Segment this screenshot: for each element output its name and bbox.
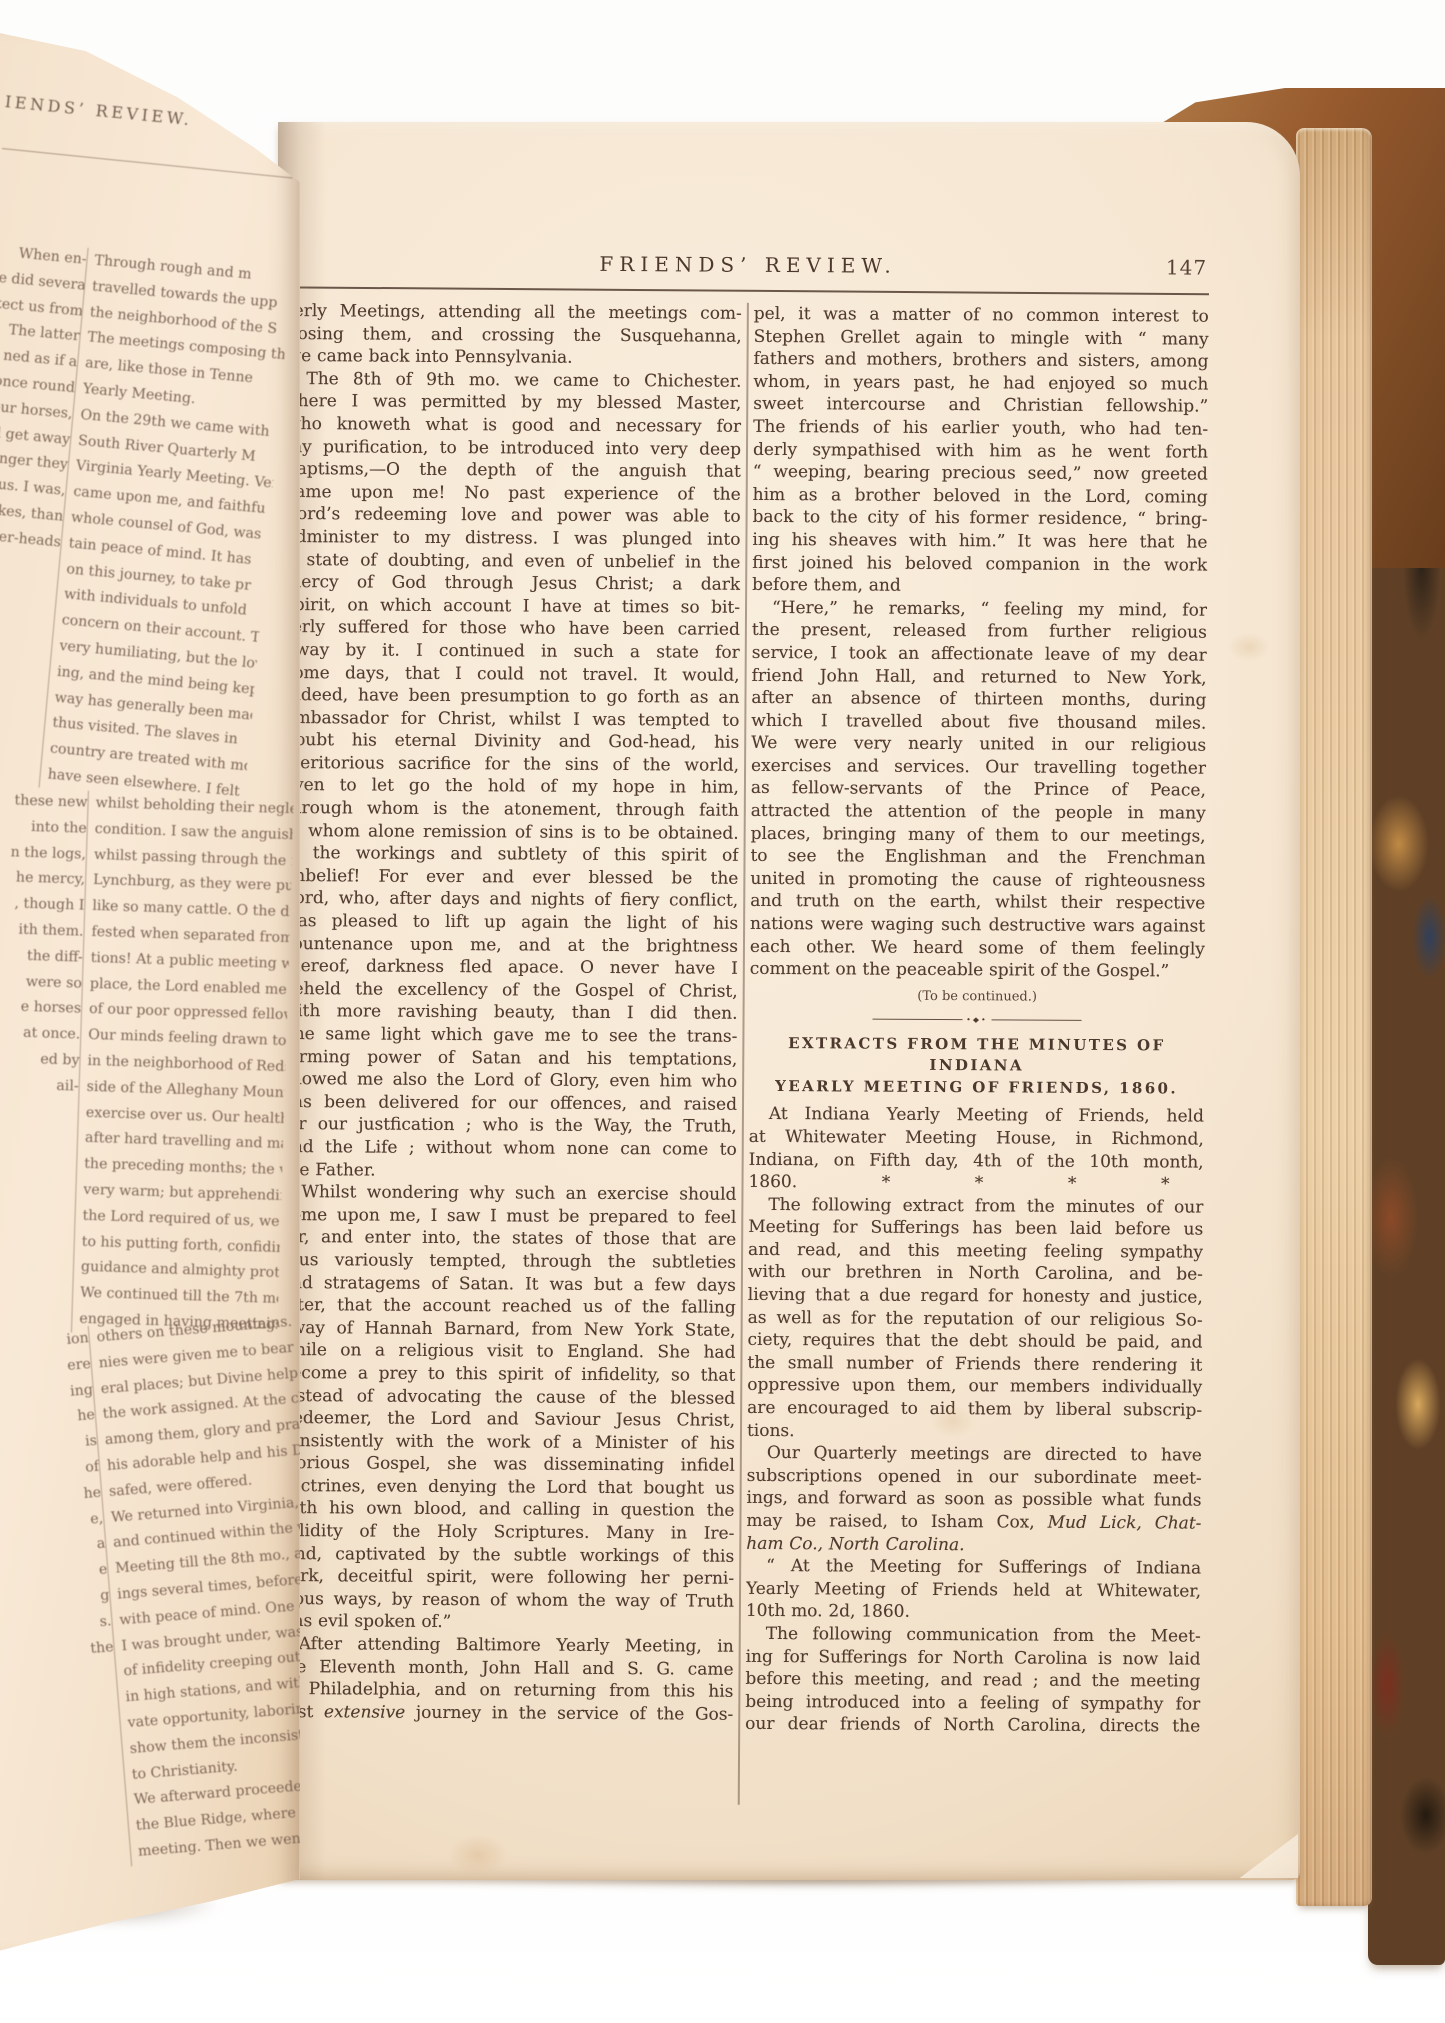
text-line: The following extract from the minutes o… (748, 1194, 1203, 1219)
text-line: as fellow-servants of the Prince of Peac… (751, 777, 1206, 802)
text-line: lieving that a due regard for honesty an… (748, 1284, 1203, 1309)
prev-text-line: at once. (0, 1020, 81, 1048)
right-column: pel, it was a matter of no common intere… (745, 303, 1209, 1808)
foxing-spot (1228, 632, 1270, 662)
text-line: The same light which gave me to see the … (282, 1023, 737, 1048)
text-line: administer to my distress. I was plunged… (285, 526, 740, 551)
text-line: posing them, and crossing the Susquehann… (287, 323, 742, 348)
text-line: “ At the Meeting for Sufferings of India… (746, 1555, 1201, 1580)
text-line: thereof, darkness fled apace. O never ha… (283, 955, 738, 980)
text-line: and stratagems of Satan. It was but a fe… (281, 1272, 736, 1297)
text-line: for, and enter into, the states of those… (281, 1226, 736, 1251)
book-photo: FRIENDS’ REVIEW. 147 terly Meetings, att… (0, 0, 1445, 2023)
text-line: showed me also the Lord of Glory, even h… (282, 1068, 737, 1093)
text-line: whom, in years past, he had enjoyed so m… (753, 371, 1208, 396)
text-line: meritorious sacrifice for the sins of th… (284, 752, 739, 777)
text-line: land, captivated by the subtle workings … (279, 1543, 734, 1568)
section-heading-line: YEARLY MEETING OF FRIENDS, 1860. (749, 1076, 1204, 1100)
text-line: after an absence of thirteen months, dur… (751, 687, 1206, 712)
text-line: validity of the Holy Scriptures. Many in… (279, 1520, 734, 1545)
text-line: even to let go the hold of my hope in hi… (284, 774, 739, 799)
text-line: came upon me! No past experience of the (286, 481, 741, 506)
text-line: first extensive journey in the service o… (278, 1701, 733, 1726)
text-line: derly sympathised with him as he went fo… (753, 438, 1208, 463)
prev-text-line: , though I (0, 891, 85, 919)
text-line: The 8th of 9th mo. we came to Chichester… (286, 368, 741, 393)
text-line: doctrines, even denying the Lord that bo… (280, 1475, 735, 1500)
text-line: places, bringing many of them to our mee… (751, 822, 1206, 847)
text-line: may be raised, to Isham Cox, Mud Lick, C… (746, 1510, 1201, 1535)
text-line: who knoweth what is good and necessary f… (286, 413, 741, 438)
text-line: as well as for the reputation of our rel… (748, 1306, 1203, 1331)
text-columns: terly Meetings, attending all the meetin… (278, 300, 1209, 1808)
text-line: through whom is the atonement, through f… (284, 797, 739, 822)
text-line: to Philadelphia, and on returning from t… (278, 1678, 733, 1703)
text-line: Lord, who, after days and nights of fier… (283, 887, 738, 912)
text-line: the Father. (282, 1159, 737, 1184)
page-block-fore-edge (1296, 128, 1372, 1906)
text-line: ham Co., North Carolina. (746, 1532, 1201, 1557)
text-line: There I was permitted by my blessed Mast… (286, 390, 741, 415)
text-line: Our Quarterly meetings are directed to h… (747, 1442, 1202, 1467)
text-line: ing for Sufferings for North Carolina is… (746, 1645, 1201, 1670)
text-line: “Here,” he remarks, “ feeling my mind, f… (752, 597, 1207, 622)
text-line: unbelief! For ever and ever blessed be t… (283, 865, 738, 890)
text-line: ing his sheaves with him.” It was here t… (752, 529, 1207, 554)
text-line: we came back into Pennsylvania. (286, 345, 741, 370)
text-line: beheld the excellency of the Gospel of C… (283, 978, 738, 1003)
text-line: ciety, requires that the debt should be … (747, 1329, 1202, 1354)
running-header: FRIENDS’ REVIEW. 147 (287, 250, 1209, 286)
text-line: oppressive upon them, our members indivi… (747, 1374, 1202, 1399)
text-line: instead of advocating the cause of the b… (280, 1384, 735, 1409)
asterisk: * (1161, 1173, 1170, 1196)
diamond-ornament-icon: •◆• (966, 1015, 988, 1023)
prev-text-line: into the (0, 814, 87, 842)
to-be-continued-note: (To be continued.) (750, 986, 1205, 1009)
prev-text-line: n the logs, (0, 840, 86, 868)
text-line: After attending Baltimore Yearly Meeting… (279, 1633, 734, 1658)
prev-text-line: ail- (0, 1072, 79, 1100)
prev-text-line: he mercy, (0, 865, 86, 893)
page-title: FRIENDS’ REVIEW. (287, 250, 1209, 280)
text-line: back to the city of his former residence… (752, 506, 1207, 531)
text-line: first joined his beloved companion in th… (752, 551, 1207, 576)
text-line: away of Hannah Barnard, from New York St… (281, 1317, 736, 1342)
text-line: “ weeping, bearing precious seed,” now g… (753, 461, 1208, 486)
text-line: a state of doubting, and even of unbelie… (285, 549, 740, 574)
text-line: the present, released from further relig… (752, 619, 1207, 644)
text-line: ambassador for Christ, whilst I was temp… (284, 707, 739, 732)
text-line: which I travelled about five thousand mi… (751, 710, 1206, 735)
page-content: FRIENDS’ REVIEW. 147 terly Meetings, att… (277, 122, 1210, 1886)
text-line: mercy of God through Jesus Christ; a dar… (285, 571, 740, 596)
text-line: the small number of Friends there render… (747, 1352, 1202, 1377)
text-line: and truth on the earth, whilst their res… (750, 890, 1205, 915)
text-line: before this meeting, and read ; and the … (745, 1668, 1200, 1693)
text-line: subscriptions opened in our subordinate … (747, 1465, 1202, 1490)
section-heading-line: EXTRACTS FROM THE MINUTES OF INDIANA (749, 1033, 1204, 1079)
text-line: some days, that I could not travel. It w… (285, 661, 740, 686)
text-line: indeed, have been presumption to go fort… (284, 684, 739, 709)
text-line: Whilst wondering why such an exercise sh… (281, 1181, 736, 1206)
text-line: terly Meetings, attending all the meetin… (287, 300, 742, 325)
previous-page-content: IENDS’ REVIEW. When en-e did severaltect… (2, 28, 294, 1956)
prev-page-segment: When en-e did severaltect us fromThe lat… (0, 240, 293, 806)
prev-text-line: the (27, 1635, 115, 1668)
section-divider-ornament: •◆• (872, 1014, 1081, 1024)
year-label: 1860. (748, 1171, 797, 1194)
ornament-rule (992, 1019, 1082, 1021)
text-line: to see the Englishman and the Frenchman (750, 845, 1205, 870)
prev-page-segment: ionereingheisofhee,aegs.theothers on the… (2, 1310, 337, 1873)
text-line: countenance upon me, and at the brightne… (283, 933, 738, 958)
text-line: dark, deceitful spirit, were following h… (279, 1565, 734, 1590)
text-line: doubt his eternal Divinity and God-head,… (284, 729, 739, 754)
text-line: are encouraged to aid them by liberal su… (747, 1397, 1202, 1422)
text-line: fathers and mothers, brothers and sister… (753, 348, 1208, 373)
text-line: become a prey to this spirit of infideli… (280, 1362, 735, 1387)
text-line: We were very nearly united in our religi… (751, 732, 1206, 757)
previous-page-edge: IENDS’ REVIEW. When en-e did severaltect… (0, 28, 300, 1956)
text-line: at Whitewater Meeting House, in Richmond… (749, 1126, 1204, 1151)
prev-column-fragment: whilst beholding their neglecondition. I… (71, 791, 294, 1339)
text-line: away by it. I continued in such a state … (285, 639, 740, 664)
paper-chip-flaw (1236, 1828, 1298, 1878)
text-line: thus variously tempted, through the subt… (281, 1249, 736, 1274)
text-line: consistently with the work of a Minister… (280, 1430, 735, 1455)
text-line: Redeemer, the Lord and Saviour Jesus Chr… (280, 1407, 735, 1432)
text-line: and the Life ; without whom none can com… (282, 1136, 737, 1161)
text-line: with our brethren in North Carolina, and… (748, 1261, 1203, 1286)
text-line: tions. (747, 1419, 1202, 1444)
text-line: cious ways, by reason of whom the way of… (279, 1588, 734, 1613)
text-line: service, I took an affectionate leave of… (752, 642, 1207, 667)
prev-text-line: were so (0, 968, 82, 996)
text-line: each other. We heard some of them feelin… (750, 935, 1205, 960)
text-line: and read, and this meeting feeling sympa… (748, 1239, 1203, 1264)
text-line: our dear friends of North Carolina, dire… (745, 1713, 1200, 1738)
text-line: my purification, to be introduced into v… (286, 436, 741, 461)
text-line: O the workings and subtlety of this spir… (283, 842, 738, 867)
text-line: was pleased to lift up again the light o… (283, 910, 738, 935)
text-line: attracted the attention of the people in… (751, 800, 1206, 825)
text-line: united in promoting the cause of righteo… (750, 868, 1205, 893)
text-line: sweet intercourse and Christian fellowsh… (753, 393, 1208, 418)
text-line: while on a religious visit to England. S… (280, 1339, 735, 1364)
text-line: pel, it was a matter of no common intere… (754, 303, 1209, 328)
asterisk-row: 1860.**** (748, 1171, 1203, 1196)
text-line: before them, and (752, 574, 1207, 599)
text-line: glorious Gospel, she was disseminating i… (280, 1452, 735, 1477)
text-line: for our justfication ; who is the Way, t… (282, 1113, 737, 1138)
text-line: after, that the account reached us of th… (281, 1294, 736, 1319)
asterisk: * (1068, 1173, 1077, 1196)
header-rule (287, 286, 1209, 295)
text-line: with his own blood, and calling in quest… (279, 1497, 734, 1522)
prev-text-line: these new (1, 788, 88, 816)
text-line: terly suffered for those who have been c… (285, 616, 740, 641)
previous-header-rule (2, 148, 293, 179)
text-line: 10th mo. 2d, 1860. (746, 1600, 1201, 1625)
text-line: the Eleventh month, John Hall and S. G. … (278, 1656, 733, 1681)
previous-page-title-fragment: IENDS’ REVIEW. (4, 92, 275, 137)
text-line: Indiana, on Fifth day, 4th of the 10th m… (749, 1148, 1204, 1173)
text-line: with more ravishing beauty, than I did t… (282, 1000, 737, 1025)
prev-page-segment: these newinto then the logs,he mercy,, t… (0, 788, 294, 1339)
text-line: exercises and services. Our travelling t… (751, 755, 1206, 780)
text-line: him as a brother beloved in the Lord, co… (753, 484, 1208, 509)
text-line: Meeting for Sufferings has been laid bef… (748, 1216, 1203, 1241)
prev-text-line: the diff- (0, 943, 83, 971)
text-line: At Indiana Yearly Meeting of Friends, he… (749, 1103, 1204, 1128)
page-number: 147 (1166, 255, 1207, 279)
text-line: come upon me, I saw I must be prepared t… (281, 1204, 736, 1229)
text-line: nations were waging such destructive war… (750, 913, 1205, 938)
text-line: ings, and forward as soon as possible wh… (746, 1487, 1201, 1512)
text-line: comment on the peaceable spirit of the G… (750, 958, 1205, 983)
text-line: Lord’s redeeming love and power was able… (286, 503, 741, 528)
text-line: The friends of his earlier youth, who ha… (753, 416, 1208, 441)
text-line: friend John Hall, and returned to New Yo… (752, 664, 1207, 689)
main-page: FRIENDS’ REVIEW. 147 terly Meetings, att… (278, 122, 1300, 1880)
text-line: was evil spoken of.” (279, 1610, 734, 1635)
text-line: The following communication from the Mee… (746, 1623, 1201, 1648)
ornament-rule (872, 1018, 962, 1020)
text-line: baptisms,—O the depth of the anguish tha… (286, 458, 741, 483)
prev-text-line: ith them. (0, 917, 84, 945)
text-line: Yearly Meeting of Friends held at Whitew… (746, 1578, 1201, 1603)
text-line: has been delivered for our offences, and… (282, 1091, 737, 1116)
asterisk: * (975, 1172, 984, 1195)
text-line: being introduced into a feeling of sympa… (745, 1691, 1200, 1716)
text-line: spirit, on which account I have at times… (285, 594, 740, 619)
asterisk: * (882, 1172, 891, 1195)
text-line: in whom alone remission of sins is to be… (284, 820, 739, 845)
prev-column-fragment: others on these mountains. Verynies were… (88, 1310, 337, 1867)
text-line: Stephen Grellet again to mingle with “ m… (754, 325, 1209, 350)
left-column: terly Meetings, attending all the meetin… (278, 300, 742, 1805)
prev-text-line: e horses (0, 994, 81, 1022)
prev-text-line: ed by (0, 1046, 80, 1074)
text-line: forming power of Satan and his temptatio… (282, 1046, 737, 1071)
